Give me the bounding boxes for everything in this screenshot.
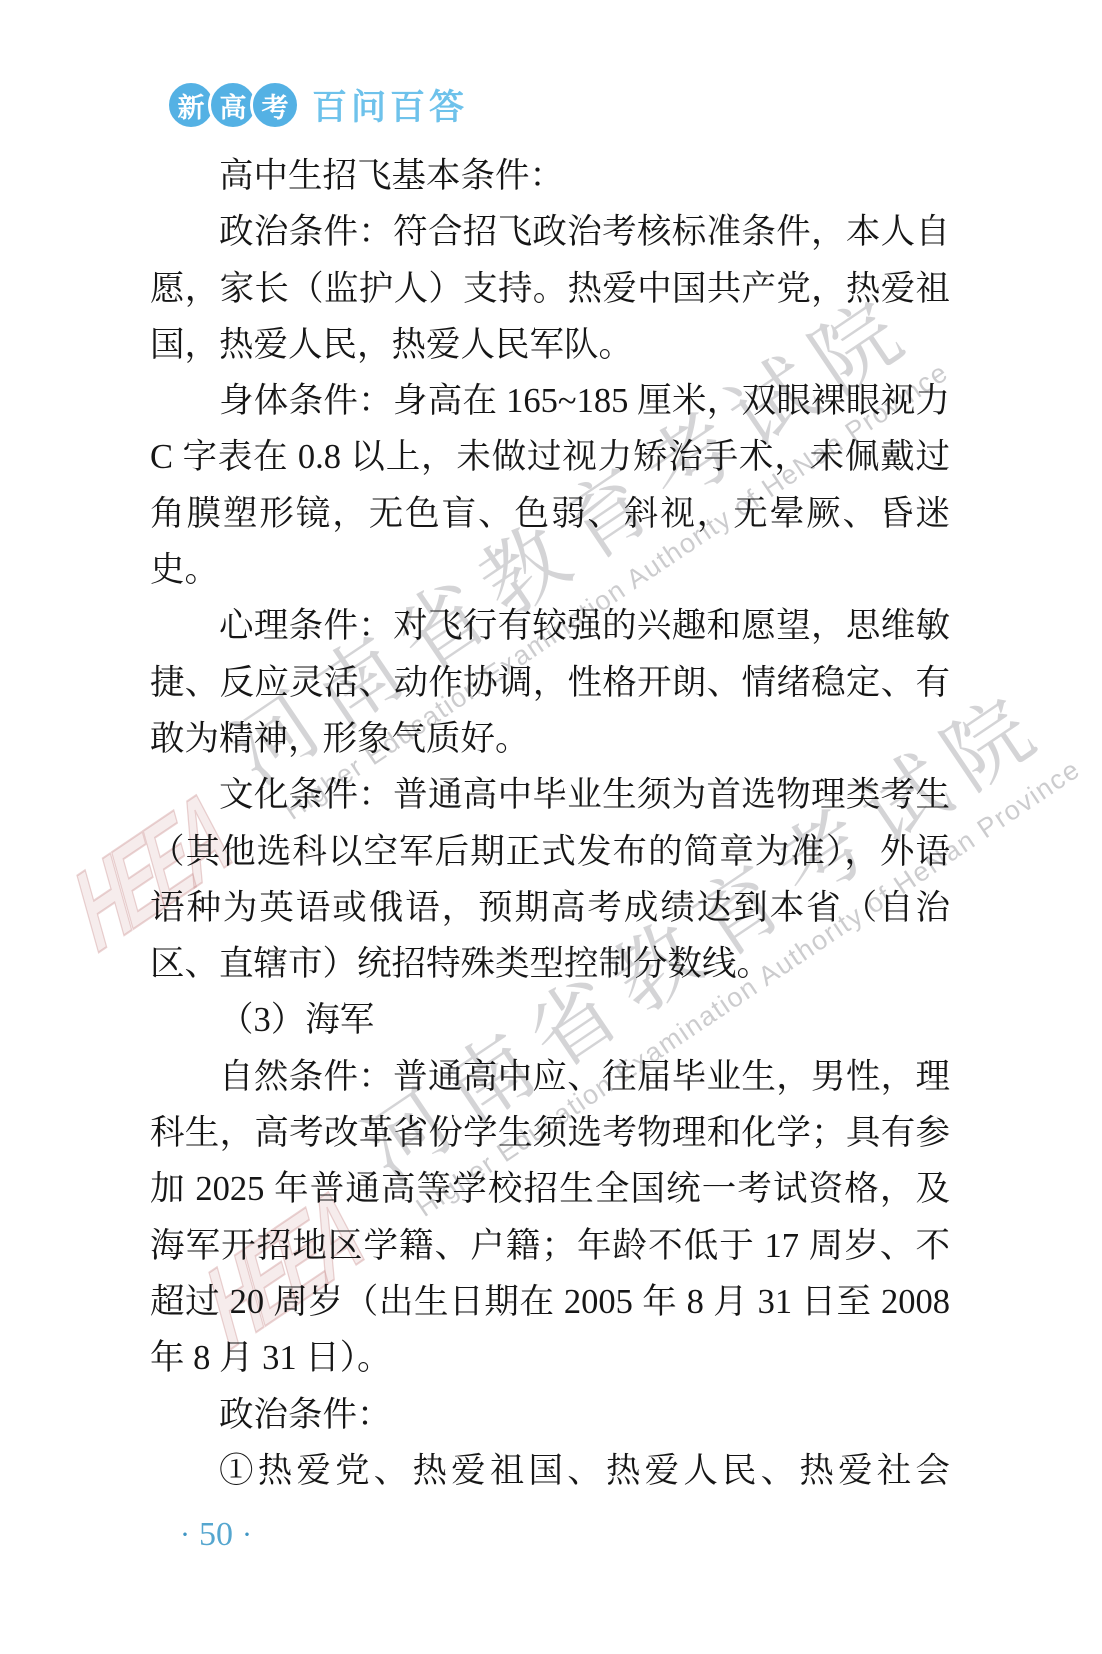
header-badge: 新 高 考 百问百答 xyxy=(166,80,468,130)
paragraph: 自然条件：普通高中应、往届毕业生，男性，理科生，高考改革省份学生须选考物理和化学… xyxy=(150,1049,950,1387)
text-column: 高中生招飞基本条件：政治条件：符合招飞政治考核标准条件，本人自愿，家长（监护人）… xyxy=(150,148,950,1499)
series-title: 百问百答 xyxy=(312,80,468,130)
paragraph: 身体条件：身高在 165~185 厘米，双眼裸眼视力 C 字表在 0.8 以上，… xyxy=(150,373,950,598)
paragraph: 政治条件：符合招飞政治考核标准条件，本人自愿，家长（监护人）支持。热爱中国共产党… xyxy=(150,204,950,373)
page-number: · 50 · xyxy=(180,1516,252,1554)
paragraph: 文化条件：普通高中毕业生须为首选物理类考生（其他选科以空军后期正式发布的简章为准… xyxy=(150,767,950,992)
badge-circle-kao: 考 xyxy=(250,80,300,130)
paragraph: ①热爱党、热爱祖国、热爱人民、热爱社会 xyxy=(150,1443,950,1499)
paragraph: 政治条件： xyxy=(150,1387,950,1443)
book-page: HEEA 河南省教育考试院 Higher Education Examinati… xyxy=(0,0,1102,1654)
page-number-value: 50 xyxy=(199,1516,233,1554)
page-number-left-dot: · xyxy=(180,1518,190,1552)
page-number-right-dot: · xyxy=(242,1518,252,1552)
paragraph: 心理条件：对飞行有较强的兴趣和愿望，思维敏捷、反应灵活、动作协调，性格开朗、情绪… xyxy=(150,598,950,767)
paragraph: （3）海军 xyxy=(150,992,950,1048)
paragraph: 高中生招飞基本条件： xyxy=(150,148,950,204)
